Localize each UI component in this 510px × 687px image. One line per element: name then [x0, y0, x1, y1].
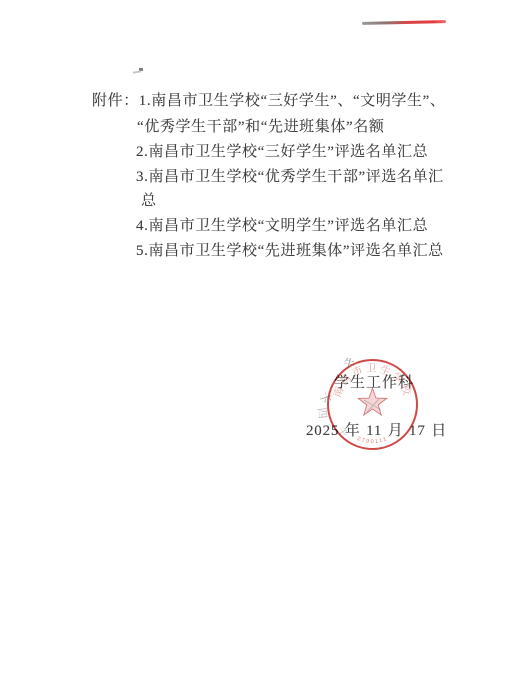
attachment-line-5: 5.南昌市卫生学校“先进班集体”评选名单汇总 — [136, 243, 444, 259]
official-seal: 南昌市卫生学校 2790111 牛 卡 四 干 — [326, 358, 420, 452]
ink-bleed-mark: 四 — [314, 407, 331, 420]
attachment-line-3-cont: 总 — [141, 193, 157, 209]
scan-smudge-dash — [133, 70, 141, 73]
seal-serial-number: 2790111 — [356, 436, 389, 445]
attachment-line-2: 2.南昌市卫生学校“三好学生”评选名单汇总 — [136, 144, 428, 160]
attachment-line-4: 4.南昌市卫生学校“文明学生”评选名单汇总 — [136, 218, 428, 234]
attachment-line-1: 附件：1.南昌市卫生学校“三好学生”、“文明学生”、 — [92, 93, 445, 109]
scan-artifact-line — [362, 20, 446, 24]
svg-text:2790111: 2790111 — [356, 436, 389, 445]
star-icon — [358, 388, 387, 415]
attachment-line-1-cont: “优秀学生干部”和“先进班集体”名额 — [137, 119, 384, 135]
attachment-line-3: 3.南昌市卫生学校“优秀学生干部”评选名单汇 — [136, 169, 444, 185]
document-page: 附件：1.南昌市卫生学校“三好学生”、“文明学生”、 “优秀学生干部”和“先进班… — [0, 0, 510, 687]
